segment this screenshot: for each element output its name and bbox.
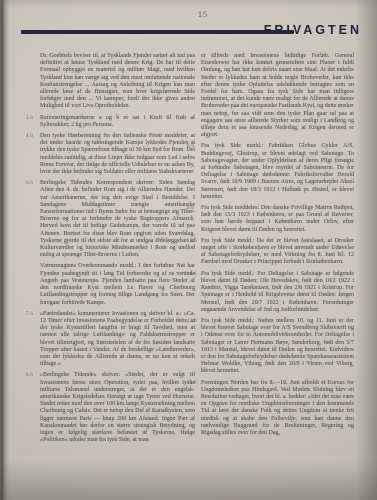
diary-entry: 11.6 Fra tysk Side medd.: For Deltagelse…: [201, 271, 354, 314]
entry-date: 11.6: [187, 272, 197, 277]
entry-text: Rationeringsmærkerne a og b er sat i Kra…: [40, 115, 195, 129]
diary-entry: 10.6 Fra tysk Side medd.: Da det er blev…: [201, 238, 354, 267]
scan-edge-bottom: [0, 460, 377, 500]
scan-edge-top: [0, 0, 377, 8]
entry-text: er tilfreds med Invasionens hidtidige Fo…: [201, 53, 354, 139]
entry-text: Fra tysk Side medd.: For Deltagelse i Sa…: [201, 271, 354, 314]
masthead-title: FRIVAGTEN: [264, 23, 362, 37]
diary-entry: 12.6 Fra tysk Side medd.: Natten mellem …: [201, 318, 354, 376]
diary-entry: er tilfreds med Invasionens hidtidige Fo…: [201, 53, 354, 139]
entry-date: 7.6: [26, 312, 33, 317]
diary-entry: 7.6 »Fædrelandet« kommenterer Invasionen…: [40, 311, 195, 369]
page-number: 15: [198, 10, 208, 19]
diary-entry: 3.6 Rationeringsmærkerne a og b er sat i…: [40, 115, 195, 129]
diary-entry: 9.6 Fra tysk Side meddeles: Den danske F…: [201, 205, 354, 234]
text-columns: Dr. Goebbels beviser til, at Tysklands F…: [40, 53, 354, 448]
entry-date: 8.6: [26, 373, 33, 378]
entry-text: »Berlingske Tidende« skriver: »Stedet, d…: [40, 372, 195, 444]
entry-date: 19.6: [187, 381, 197, 386]
entry-date: 3.6: [26, 116, 33, 121]
masthead-rule: [21, 30, 294, 34]
entry-date: 10.6: [187, 239, 197, 244]
entry-text: Berlingske Tidendes Korrespondent skrive…: [40, 180, 195, 259]
column-left: Dr. Goebbels beviser til, at Tysklands F…: [40, 53, 195, 448]
entry-text: Fra tysk Side medd.: Da det er blevet fa…: [201, 238, 354, 267]
entry-text: Værnemagtens Overkommando medd.: I den f…: [40, 263, 195, 306]
entry-text: Fra tysk Side medd.: Fabrikken Globus Cy…: [201, 143, 354, 201]
entry-text: Den tyske Hærberetning fra den italiensk…: [40, 133, 195, 176]
entry-date: 9.6: [187, 206, 194, 211]
entry-date: 4.6: [26, 134, 33, 139]
entry-date: 6.6: [26, 181, 33, 186]
diary-entry: 4.6 Den tyske Hærberetning fra den itali…: [40, 133, 195, 176]
entry-text: »Fædrelandet« kommenterer Invasionen og …: [40, 311, 195, 369]
diary-entry: 8.6 Fra tysk Side medd.: Fabrikken Globu…: [201, 143, 354, 201]
diary-entry: 19.6 Foreningen Norden har fra 8.—18. Ju…: [201, 380, 354, 438]
column-right: er tilfreds med Invasionens hidtidige Fo…: [201, 53, 354, 448]
scanned-page: 15 FRIVAGTEN Dr. Goebbels beviser til, a…: [0, 0, 377, 500]
entry-text: Foreningen Norden har fra 8.—18. Juni af…: [201, 380, 354, 438]
entry-date: 8.6: [187, 144, 194, 149]
scan-edge-right: [355, 0, 377, 500]
diary-entry: 8.6 »Berlingske Tidende« skriver: »Stede…: [40, 372, 195, 444]
entry-text: Dr. Goebbels beviser til, at Tysklands F…: [40, 53, 195, 111]
diary-entry: Dr. Goebbels beviser til, at Tysklands F…: [40, 53, 195, 111]
diary-entry: 6.6 Berlingske Tidendes Korrespondent sk…: [40, 180, 195, 259]
diary-entry: Værnemagtens Overkommando medd.: I den f…: [40, 263, 195, 306]
entry-date: 12.6: [187, 319, 197, 324]
entry-text: Fra tysk Side meddeles: Den danske Frivi…: [201, 205, 354, 234]
entry-text: Fra tysk Side medd.: Natten mellem 10. o…: [201, 318, 354, 376]
book-gutter-shadow: [0, 0, 10, 500]
